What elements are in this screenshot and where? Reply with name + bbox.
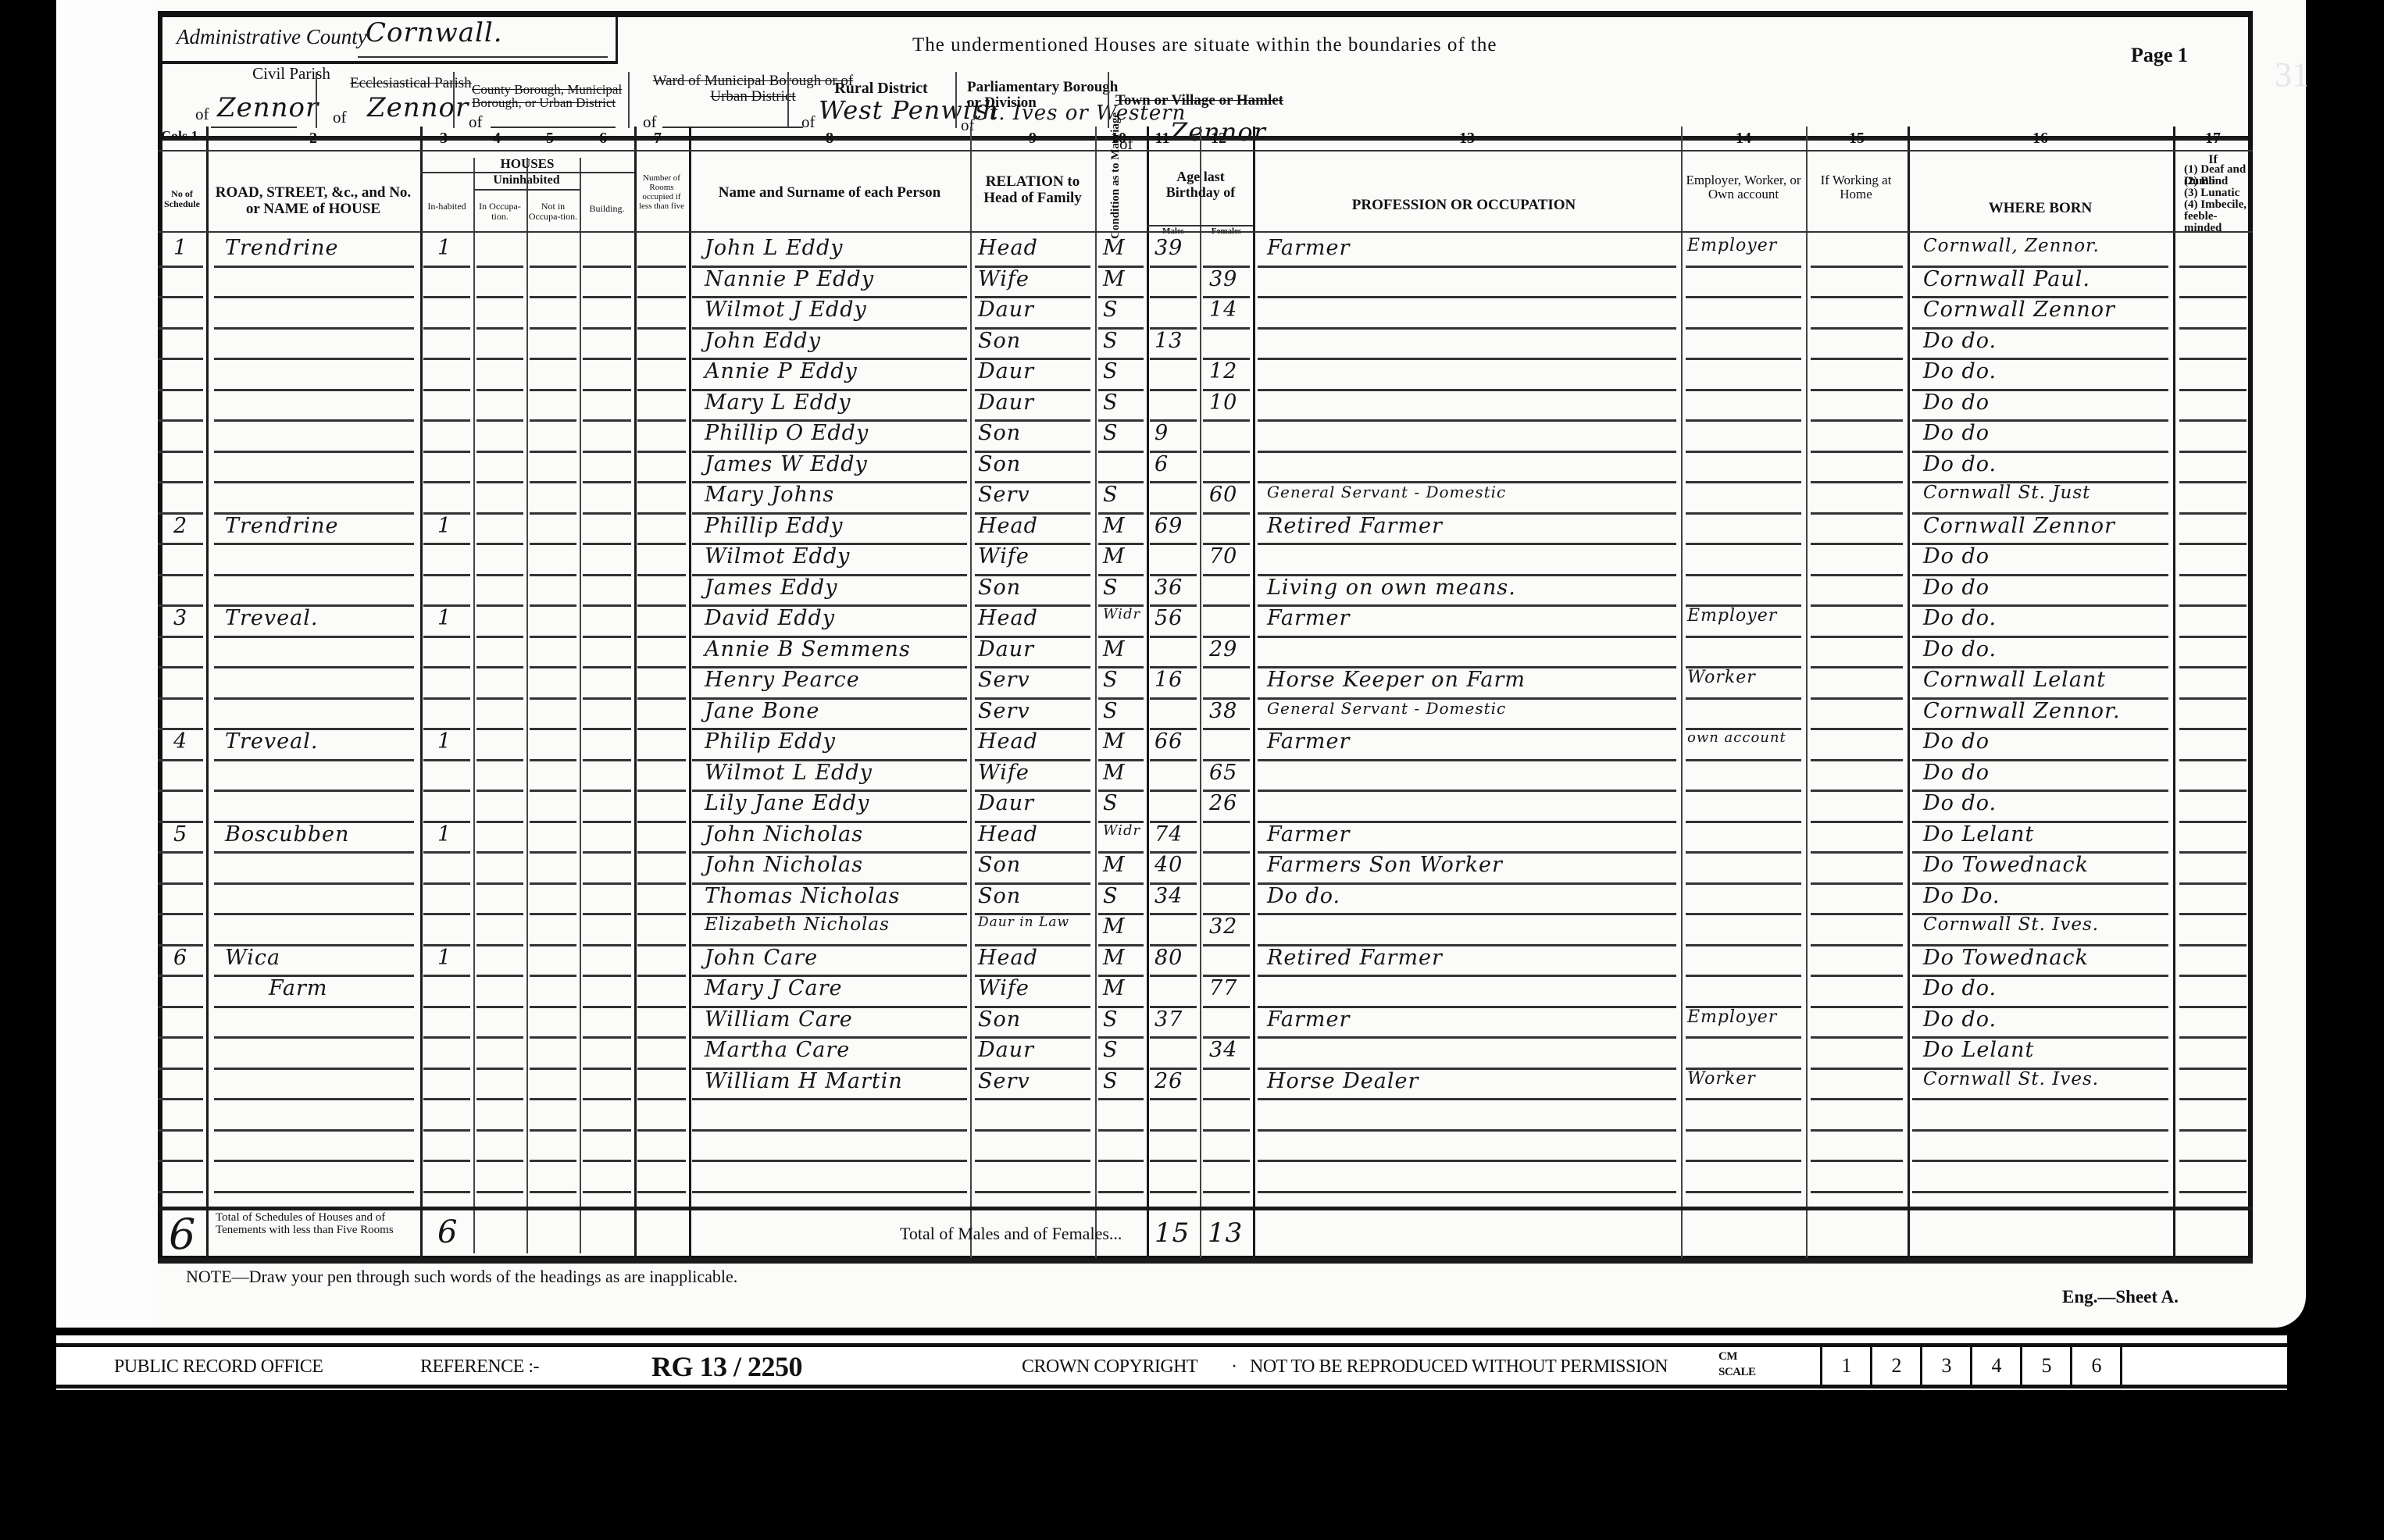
- relation: Daur in Law: [978, 914, 1069, 930]
- row-rule: [692, 1191, 967, 1193]
- cols-label: Cols 1: [161, 128, 198, 144]
- column-number: 17: [2204, 130, 2222, 148]
- house-name: Treveal.: [225, 729, 318, 754]
- header-infirmity-option: (3) Lunatic: [2184, 187, 2251, 199]
- table-row: James W EddySon6Do do.: [158, 451, 2253, 481]
- person-name: David Eddy: [705, 606, 835, 630]
- header-relation: RELATION to Head of Family: [975, 173, 1090, 206]
- birthplace: Cornwall Zennor: [1923, 514, 2115, 538]
- table-row: Annie B SemmensDaurM29Do do.: [158, 636, 2253, 666]
- marital-condition: S: [1103, 298, 1119, 322]
- row-rule: [1811, 1098, 1903, 1100]
- marital-condition: M: [1103, 637, 1126, 661]
- male-age: 6: [1155, 452, 1169, 476]
- person-name: Jane Bone: [705, 699, 819, 723]
- employment-status: Worker: [1687, 668, 1756, 687]
- row-rule: [975, 1191, 1090, 1193]
- row-rule: [583, 1191, 631, 1193]
- employment-status: Employer: [1687, 236, 1777, 255]
- marital-condition: S: [1103, 329, 1119, 353]
- relation: Head: [978, 236, 1038, 260]
- relation: Son: [978, 421, 1021, 445]
- row-rule: [1098, 1160, 1144, 1162]
- birthplace: Do do.: [1923, 329, 1997, 353]
- total-schedules-label: Total of Schedules of Houses and of Tene…: [216, 1211, 411, 1236]
- row-rule: [2179, 1129, 2247, 1132]
- birthplace: Cornwall St. Just: [1923, 483, 2090, 503]
- row-rule: [1686, 1129, 1801, 1132]
- column-number: 6: [594, 130, 612, 148]
- relation: Daur: [978, 359, 1034, 383]
- row-rule: [1203, 1160, 1250, 1162]
- row-rule: [530, 1098, 576, 1100]
- table-row: Wilmot J EddyDaurS14Cornwall Zennor: [158, 296, 2253, 326]
- relation: Head: [978, 729, 1038, 754]
- column-number: 14: [1734, 130, 1753, 148]
- occupation: Horse Dealer: [1267, 1069, 1419, 1093]
- male-age: 74: [1155, 822, 1183, 847]
- marital-condition: M: [1103, 914, 1126, 939]
- row-rule: [1912, 1191, 2168, 1193]
- inhabited-count: 1: [437, 514, 451, 538]
- scale-end: [2120, 1347, 2185, 1385]
- column-number: 16: [2031, 130, 2050, 148]
- footer-copyright: CROWN COPYRIGHT: [1022, 1356, 1197, 1378]
- female-age: 10: [1209, 390, 1237, 415]
- row-rule: [1258, 1129, 1676, 1132]
- person-name: Philip Eddy: [705, 729, 836, 754]
- birthplace: Do do: [1923, 421, 1990, 445]
- row-rule: [975, 1160, 1090, 1162]
- male-age: 37: [1155, 1007, 1183, 1032]
- header-road: ROAD, STREET, &c., and No. or NAME of HO…: [211, 184, 416, 217]
- person-name: Phillip O Eddy: [705, 421, 869, 445]
- table-row: Jane BoneServS38General Servant - Domest…: [158, 697, 2253, 728]
- table-row: John NicholasSonM40Farmers Son WorkerDo …: [158, 851, 2253, 882]
- house-name: Trendrine: [225, 236, 338, 260]
- relation: Wife: [978, 544, 1030, 569]
- person-name: John Care: [705, 946, 818, 970]
- marital-condition: S: [1103, 1069, 1119, 1093]
- header-condition: Condition as to Marriage: [1109, 161, 1122, 239]
- row-rule: [423, 1129, 470, 1132]
- female-age: 29: [1209, 637, 1237, 661]
- column-number: 8: [820, 130, 839, 148]
- row-rule: [1150, 1129, 1197, 1132]
- footer-separator: ·: [1231, 1356, 1237, 1378]
- relation: Wife: [978, 761, 1030, 785]
- marital-condition: M: [1103, 236, 1126, 260]
- marital-condition: M: [1103, 761, 1126, 785]
- relation: Serv: [978, 1069, 1030, 1093]
- row-rule: [1098, 1129, 1144, 1132]
- birthplace: Do do.: [1923, 452, 1997, 476]
- row-rule: [1258, 1191, 1676, 1193]
- header-occupation: PROFESSION OR OCCUPATION: [1269, 197, 1659, 214]
- scale-mark: 1: [1820, 1347, 1871, 1385]
- relation: Serv: [978, 483, 1030, 507]
- person-name: Henry Pearce: [705, 668, 860, 692]
- person-name: Thomas Nicholas: [705, 884, 900, 908]
- inhabited-count: 1: [437, 236, 451, 260]
- male-age: 13: [1155, 329, 1183, 353]
- occupation: Farmer: [1267, 822, 1350, 847]
- marital-condition: M: [1103, 853, 1126, 877]
- header-inhabited: In-habited: [423, 201, 470, 212]
- row-rule: [158, 1160, 203, 1162]
- footer-office: PUBLIC RECORD OFFICE: [114, 1356, 323, 1378]
- birthplace: Do do.: [1923, 637, 1997, 661]
- table-row: Mary L EddyDaurS10Do do: [158, 389, 2253, 419]
- column-number: 7: [648, 130, 667, 148]
- relation: Head: [978, 946, 1038, 970]
- birthplace: Cornwall Zennor.: [1923, 699, 2121, 723]
- row-rule: [1098, 1191, 1144, 1193]
- row-rule: [2179, 1160, 2247, 1162]
- table-row: Mary J CareWifeM77Do do.: [158, 975, 2253, 1005]
- header-name: Name and Surname of each Person: [705, 184, 955, 201]
- header-where-born: WHERE BORN: [1908, 200, 2173, 217]
- birthplace: Cornwall Lelant: [1923, 668, 2106, 692]
- total-females: 13: [1208, 1217, 1243, 1249]
- birthplace: Do Lelant: [1923, 822, 2034, 847]
- row-rule: [583, 1129, 631, 1132]
- row-rule: [530, 1129, 576, 1132]
- birthplace: Do Do.: [1923, 884, 2000, 908]
- female-age: 38: [1209, 699, 1237, 723]
- person-name: John Nicholas: [705, 853, 863, 877]
- person-name: James Eddy: [705, 576, 837, 600]
- row-rule: [1912, 1160, 2168, 1162]
- relation: Serv: [978, 699, 1030, 723]
- house-name: Boscubben: [225, 822, 349, 847]
- row-rule: [476, 1160, 523, 1162]
- row-rule: [1811, 1191, 1903, 1193]
- row-rule: [1203, 1191, 1250, 1193]
- relation: Son: [978, 1007, 1021, 1032]
- scale-mark: 3: [1920, 1347, 1971, 1385]
- folio-number: 31: [2275, 55, 2309, 94]
- marital-condition: Widr: [1103, 606, 1140, 622]
- row-rule: [530, 1160, 576, 1162]
- schedule-number: 5: [173, 822, 187, 847]
- birthplace: Do do.: [1923, 606, 1997, 630]
- relation: Serv: [978, 668, 1030, 692]
- scale-mark: 6: [2070, 1347, 2121, 1385]
- table-row: Wilmot L EddyWifeM65Do do: [158, 759, 2253, 790]
- row-rule: [214, 1129, 414, 1132]
- row-rule: [637, 1191, 686, 1193]
- marital-condition: M: [1103, 976, 1126, 1000]
- row-rule: [158, 1098, 203, 1100]
- male-age: 36: [1155, 576, 1183, 600]
- row-rule: [1811, 1160, 1903, 1162]
- row-rule: [1912, 1129, 2168, 1132]
- person-name: Martha Care: [705, 1038, 850, 1062]
- marital-condition: M: [1103, 544, 1126, 569]
- sheet-label: Eng.—Sheet A.: [2062, 1287, 2179, 1307]
- total-schedules: 6: [169, 1210, 196, 1259]
- column-number: 3: [434, 130, 453, 148]
- row-rule: [1258, 1098, 1676, 1100]
- table-row: 6Wica1John CareHeadM80Retired FarmerDo T…: [158, 944, 2253, 975]
- table-row: Annie P EddyDaurS12Do do.: [158, 358, 2253, 388]
- row-rule: [1203, 1098, 1250, 1100]
- birthplace: Do Towednack: [1923, 946, 2089, 970]
- relation: Son: [978, 329, 1021, 353]
- column-number: 15: [1847, 130, 1866, 148]
- relation: Wife: [978, 267, 1030, 291]
- person-name: John Nicholas: [705, 822, 863, 847]
- row-rule: [975, 1098, 1090, 1100]
- table-row: William CareSonS37FarmerEmployerDo do.: [158, 1006, 2253, 1036]
- row-rule: [1203, 1129, 1250, 1132]
- relation: Daur: [978, 390, 1034, 415]
- person-name: Nannie P Eddy: [705, 267, 874, 291]
- row-rule: [1098, 1098, 1144, 1100]
- marital-condition: M: [1103, 946, 1126, 970]
- person-name: Wilmot L Eddy: [705, 761, 873, 785]
- birthplace: Do Lelant: [1923, 1038, 2034, 1062]
- table-row: 3Treveal.1David EddyHeadWidr56FarmerEmpl…: [158, 604, 2253, 635]
- male-age: 40: [1155, 853, 1183, 877]
- marital-condition: Widr: [1103, 822, 1140, 839]
- header-houses: HOUSES: [420, 156, 634, 172]
- person-name: Elizabeth Nicholas: [705, 914, 890, 935]
- person-name: William Care: [705, 1007, 853, 1032]
- row-rule: [692, 1129, 967, 1132]
- bottom-rule: [158, 1258, 2253, 1264]
- row-rule: [158, 1191, 203, 1193]
- column-number: 2: [304, 130, 323, 148]
- row-rule: [1150, 1191, 1197, 1193]
- marital-condition: S: [1103, 1038, 1119, 1062]
- occupation: Retired Farmer: [1267, 946, 1443, 970]
- marital-condition: M: [1103, 514, 1126, 538]
- person-name: Wilmot J Eddy: [705, 298, 867, 322]
- schedule-number: 2: [173, 514, 187, 538]
- relation: Son: [978, 576, 1021, 600]
- house-name: Trendrine: [225, 514, 338, 538]
- male-age: 34: [1155, 884, 1183, 908]
- table-row: William H MartinServS26Horse DealerWorke…: [158, 1068, 2253, 1098]
- total-houses-inhabited: 6: [437, 1214, 458, 1250]
- marital-condition: S: [1103, 791, 1119, 815]
- female-age: 60: [1209, 483, 1237, 507]
- person-name: Annie B Semmens: [705, 637, 911, 661]
- relation: Daur: [978, 298, 1034, 322]
- relation: Head: [978, 822, 1038, 847]
- marital-condition: M: [1103, 729, 1126, 754]
- birthplace: Do do: [1923, 729, 1990, 754]
- row-rule: [1150, 1098, 1197, 1100]
- female-age: 12: [1209, 359, 1237, 383]
- total-males-females-label: Total of Males and of Females...: [900, 1224, 1122, 1244]
- inhabited-count: 1: [437, 606, 451, 630]
- marital-condition: M: [1103, 267, 1126, 291]
- header-rule: [158, 150, 2253, 152]
- marital-condition: S: [1103, 699, 1119, 723]
- table-row: Thomas NicholasSonS34Do do.Do Do.: [158, 882, 2253, 913]
- footer-permission: NOT TO BE REPRODUCED WITHOUT PERMISSION: [1250, 1356, 1668, 1378]
- relation: Head: [978, 606, 1038, 630]
- birthplace: Do do: [1923, 390, 1990, 415]
- person-name: Mary L Eddy: [705, 390, 851, 415]
- table-row: John EddySonS13Do do.: [158, 327, 2253, 358]
- occupation: Living on own means.: [1267, 576, 1516, 600]
- table-row: Henry PearceServS16Horse Keeper on FarmW…: [158, 666, 2253, 697]
- employment-status: own account: [1687, 729, 1786, 746]
- birthplace: Do do.: [1923, 1007, 1997, 1032]
- table-row: Mary JohnsServS60General Servant - Domes…: [158, 481, 2253, 512]
- birthplace: Do do: [1923, 576, 1990, 600]
- table-row: Martha CareDaurS34Do Lelant: [158, 1036, 2253, 1067]
- header-age: Age last Birthday of: [1150, 169, 1251, 200]
- male-age: 69: [1155, 514, 1183, 538]
- table-row: 1Trendrine1John L EddyHeadM39FarmerEmplo…: [158, 234, 2253, 265]
- marital-condition: S: [1103, 421, 1119, 445]
- person-name: John Eddy: [705, 329, 821, 353]
- relation: Son: [978, 853, 1021, 877]
- birthplace: Cornwall St. Ives.: [1923, 914, 2099, 935]
- employment-status: Employer: [1687, 606, 1777, 626]
- schedule-number: 1: [173, 236, 187, 260]
- person-name: Wilmot Eddy: [705, 544, 850, 569]
- column-number: 11: [1153, 130, 1172, 148]
- inhabited-count: 1: [437, 729, 451, 754]
- row-rule: [423, 1098, 470, 1100]
- female-age: 70: [1209, 544, 1237, 569]
- scale-mark: 2: [1870, 1347, 1921, 1385]
- row-rule: [423, 1191, 470, 1193]
- table-row: Lily Jane EddyDaurS26Do do.: [158, 790, 2253, 820]
- row-rule: [214, 1098, 414, 1100]
- birthplace: Do do.: [1923, 359, 1997, 383]
- male-age: 9: [1155, 421, 1169, 445]
- row-rule: [214, 1160, 414, 1162]
- header-rule: [473, 189, 580, 191]
- instruction-note: NOTE—Draw your pen through such words of…: [186, 1267, 737, 1287]
- occupation: General Servant - Domestic: [1267, 699, 1506, 718]
- row-rule: [1912, 1098, 2168, 1100]
- row-rule: [637, 1160, 686, 1162]
- relation: Son: [978, 884, 1021, 908]
- column-number: 9: [1023, 130, 1042, 148]
- occupation: Do do.: [1267, 884, 1340, 908]
- census-grid: Cols 1234567891011121314151617No of Sche…: [158, 0, 2253, 1328]
- occupation: Farmer: [1267, 236, 1350, 260]
- header-infirmity-option: (4) Imbecile, feeble-minded: [2184, 199, 2251, 234]
- marital-condition: S: [1103, 884, 1119, 908]
- female-age: 32: [1209, 914, 1237, 939]
- inhabited-count: 1: [437, 822, 451, 847]
- scale-mark: 5: [2020, 1347, 2071, 1385]
- row-rule: [158, 1129, 203, 1132]
- header-employer: Employer, Worker, or Own account: [1686, 173, 1801, 201]
- header-building: Building.: [581, 203, 633, 215]
- marital-condition: S: [1103, 668, 1119, 692]
- page-margin-strip: [56, 0, 152, 1328]
- row-rule: [583, 1098, 631, 1100]
- schedule-number: 6: [173, 946, 187, 970]
- header-rooms: Number of Rooms occupied if less than fi…: [637, 173, 686, 211]
- male-age: 26: [1155, 1069, 1183, 1093]
- table-row: Wilmot EddyWifeM70Do do: [158, 543, 2253, 573]
- table-row: 5Boscubben1John NicholasHeadWidr74Farmer…: [158, 821, 2253, 851]
- marital-condition: S: [1103, 483, 1119, 507]
- header-not-in-occupation: Not in Occupa-tion.: [528, 201, 578, 222]
- header-uninhabited: Uninhabited: [473, 173, 580, 187]
- birthplace: Do do: [1923, 544, 1990, 569]
- relation: Daur: [978, 791, 1034, 815]
- row-rule: [692, 1160, 967, 1162]
- row-rule: [2179, 1191, 2247, 1193]
- female-age: 65: [1209, 761, 1237, 785]
- header-infirmity-option: (2) Blind: [2184, 176, 2251, 187]
- male-age: 66: [1155, 729, 1183, 754]
- person-name: Annie P Eddy: [705, 359, 858, 383]
- row-rule: [1150, 1160, 1197, 1162]
- row-rule: [1258, 1160, 1676, 1162]
- house-name: Treveal.: [225, 606, 318, 630]
- relation: Head: [978, 514, 1038, 538]
- male-age: 16: [1155, 668, 1183, 692]
- column-number: 4: [487, 130, 506, 148]
- female-age: 34: [1209, 1038, 1237, 1062]
- birthplace: Do do.: [1923, 791, 1997, 815]
- male-age: 56: [1155, 606, 1183, 630]
- relation: Daur: [978, 637, 1034, 661]
- birthplace: Cornwall Paul.: [1923, 267, 2090, 291]
- birthplace: Cornwall, Zennor.: [1923, 236, 2100, 256]
- row-rule: [476, 1191, 523, 1193]
- occupation: Retired Farmer: [1267, 514, 1443, 538]
- birthplace: Cornwall St. Ives.: [1923, 1069, 2099, 1089]
- row-rule: [692, 1098, 967, 1100]
- header-rule: [158, 231, 2253, 233]
- footer-reference-label: REFERENCE :-: [420, 1356, 539, 1378]
- relation: Daur: [978, 1038, 1034, 1062]
- relation: Son: [978, 452, 1021, 476]
- schedule-number: 3: [173, 606, 187, 630]
- marital-condition: S: [1103, 1007, 1119, 1032]
- row-rule: [1686, 1191, 1801, 1193]
- row-rule: [637, 1129, 686, 1132]
- scale-mark: 4: [1970, 1347, 2021, 1385]
- row-rule: [530, 1191, 576, 1193]
- row-rule: [1811, 1129, 1903, 1132]
- occupation: Farmer: [1267, 729, 1350, 754]
- person-name: Mary Johns: [705, 483, 834, 507]
- column-number: 12: [1209, 130, 1228, 148]
- occupation: Farmer: [1267, 606, 1350, 630]
- male-age: 80: [1155, 946, 1183, 970]
- employment-status: Worker: [1687, 1069, 1756, 1089]
- male-age: 39: [1155, 236, 1183, 260]
- birthplace: Do do.: [1923, 976, 1997, 1000]
- footer-reference: RG 13 / 2250: [651, 1350, 802, 1383]
- employment-status: Employer: [1687, 1007, 1777, 1027]
- person-name: Lily Jane Eddy: [705, 791, 869, 815]
- birthplace: Do Towednack: [1923, 853, 2089, 877]
- row-rule: [476, 1098, 523, 1100]
- marital-condition: S: [1103, 390, 1119, 415]
- scale-label-cm: CM: [1718, 1349, 1756, 1364]
- person-name: Mary J Care: [705, 976, 843, 1000]
- table-row: Nannie P EddyWifeM39Cornwall Paul.: [158, 266, 2253, 296]
- occupation: Farmers Son Worker: [1267, 853, 1503, 877]
- row-rule: [476, 1129, 523, 1132]
